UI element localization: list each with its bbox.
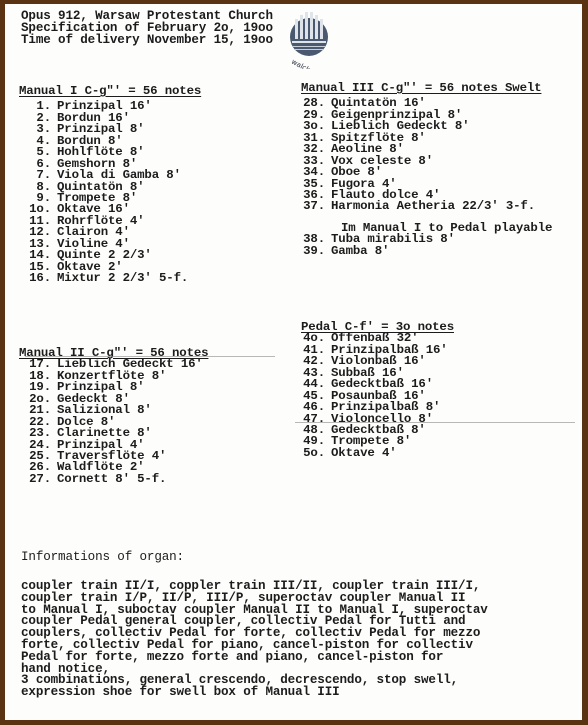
stop-number: 39.: [301, 246, 325, 257]
stop-name: Harmonia Aetheria 22/3' 3-f.: [331, 199, 535, 213]
document-header: Opus 912, Warsaw Protestant ChurchSpecif…: [21, 10, 273, 47]
information-line: expression shoe for swell box of Manual …: [21, 687, 488, 699]
stop-row: 37.Harmonia Aetheria 22/3' 3-f.: [301, 201, 552, 212]
stop-number: 37.: [301, 201, 325, 212]
organ-pipes-emblem-icon: walckerorgel.de: [287, 9, 335, 69]
paper-crease-line: [25, 356, 275, 357]
typewritten-page: Opus 912, Warsaw Protestant ChurchSpecif…: [5, 4, 582, 720]
svg-text:walckerorgel.de: walckerorgel.de: [290, 58, 335, 69]
section-title: Manual I C-g"' = 56 notes: [19, 86, 201, 97]
header-line: Time of delivery November 15, 19oo: [21, 34, 273, 46]
stop-name: Gamba 8': [331, 244, 389, 258]
stop-name: Oktave 4': [331, 446, 397, 460]
stop-number: 16.: [19, 273, 51, 284]
information-title: Informations of organ:: [21, 552, 184, 563]
stop-number: 27.: [19, 474, 51, 485]
section-title: Manual III C-g"' = 56 notes Swelt: [301, 83, 552, 94]
stop-row: 27.Cornett 8' 5-f.: [19, 474, 208, 485]
stop-row: 16.Mixtur 2 2/3' 5-f.: [19, 273, 201, 284]
stop-name: Mixtur 2 2/3' 5-f.: [57, 271, 188, 285]
photo-frame: Opus 912, Warsaw Protestant ChurchSpecif…: [0, 0, 588, 725]
manual-1-section: Manual I C-g"' = 56 notes1.Prinzipal 16'…: [19, 86, 201, 284]
stop-row: 39.Gamba 8': [301, 246, 552, 257]
stop-name: Cornett 8' 5-f.: [57, 472, 166, 486]
stop-row: 5o.Oktave 4': [301, 448, 454, 459]
pedal-section: Pedal C-f' = 3o notes4o.Offenbaß 32'41.P…: [301, 322, 454, 459]
stop-number: 5o.: [301, 448, 325, 459]
manual-3-section: Manual III C-g"' = 56 notes Swelt28.Quin…: [301, 83, 552, 257]
information-text: coupler train II/I, coppler train III/II…: [21, 581, 488, 699]
paper-crease-line: [295, 422, 575, 423]
manual-2-section: Manual II C-g"' = 56 notes17.Lieblich Ge…: [19, 348, 208, 485]
